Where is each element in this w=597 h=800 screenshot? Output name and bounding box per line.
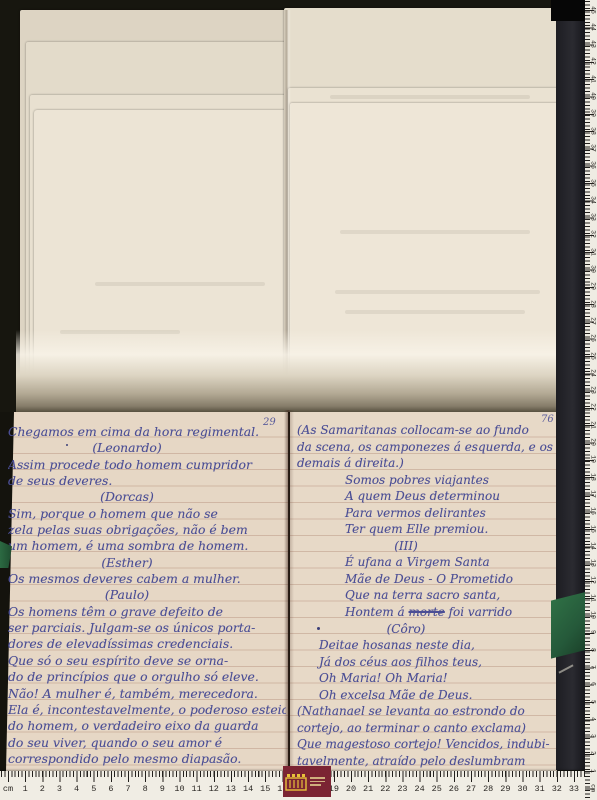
handwritten-line: (Dorcas) (8, 489, 286, 505)
ruler-tick-label: 31 (535, 784, 545, 794)
bookmark-ribbon (551, 591, 588, 658)
ruler-tick-label: 30 (590, 265, 597, 273)
handwritten-line: Mãe de Deus - O Prometido (297, 571, 555, 588)
ruler-tick-label: 18 (590, 473, 597, 481)
ruler-tick-label: 10 (590, 611, 597, 619)
handwritten-line: É ufana a Virgem Santa (297, 554, 555, 571)
handwritten-line: do de princípios que o orgulho só eleve. (8, 669, 286, 685)
bleed-through-smudge (345, 310, 525, 314)
ruler-tick-label: 20 (346, 784, 356, 794)
ruler-tick-label: 36 (590, 161, 597, 169)
ruler-tick-label: 25 (590, 352, 597, 360)
ruler-tick-label: 1 (590, 769, 597, 773)
ruler-tick-label: cm (3, 784, 13, 794)
building-icon (285, 772, 307, 791)
ruler-tick-label: 10 (174, 784, 184, 794)
ruler-tick-label: 22 (380, 784, 390, 794)
ruler-tick-label: 26 (590, 334, 597, 342)
handwritten-line: Sim, porque o homem que não se (8, 506, 286, 522)
stamp-text-lines (310, 777, 325, 786)
ruler-tick-label: 28 (483, 784, 493, 794)
ruler-tick-label: 21 (590, 421, 597, 429)
ruler-tick-label: 7 (590, 665, 597, 669)
handwritten-line: Deitae hosanas neste dia, (297, 637, 555, 654)
handwritten-line: (As Samaritanas collocam-se ao fundo (297, 422, 555, 439)
ruler-tick-label: 14 (243, 784, 253, 794)
ruler-tick-label: 39 (590, 109, 597, 117)
ruler-tick-label: 33 (590, 213, 597, 221)
handwritten-line: demais á direita.) (297, 455, 555, 472)
ruler-tick-label: 26 (449, 784, 459, 794)
ruler-tick-label: 12 (590, 576, 597, 584)
handwritten-line: dores de elevadíssimas credenciais. (8, 636, 286, 652)
ink-speck (317, 627, 320, 630)
handwritten-line: do homem, o verdadeiro eixo da guarda (8, 718, 286, 734)
handwriting-right: (As Samaritanas collocam-se ao fundoda s… (297, 422, 555, 770)
handwritten-line: correspondido pelo mesmo diapasão. (8, 751, 286, 767)
ruler-tick-label: 12 (209, 784, 219, 794)
handwritten-line: de seus deveres. (8, 473, 286, 489)
ruler-tick-label: 3 (590, 734, 597, 738)
ruler-tick-label: 34 (590, 196, 597, 204)
ruler-tick-label: 14 (590, 542, 597, 550)
handwritten-line: A quem Deus determinou (297, 488, 555, 505)
ruler-tick-label: 13 (226, 784, 236, 794)
handwritten-line: (Esther) (8, 555, 286, 571)
ruler-tick-label: 21 (363, 784, 373, 794)
handwritten-line: Que só o seu espírito deve se orna- (8, 653, 286, 669)
ruler-tick-label: 32 (590, 230, 597, 238)
handwritten-line: Ter quem Elle premiou. (297, 521, 555, 538)
ruler-tick-label: 2 (590, 751, 597, 755)
right-ruler: cm12345678910111213141516171819202122232… (585, 0, 597, 800)
handwritten-line: Que na terra sacro santa, (297, 587, 555, 604)
handwritten-line: Os mesmos deveres cabem a mulher. (8, 571, 286, 587)
ruler-tick-label: 4 (74, 784, 79, 794)
notebook-scan: 29 76 Chegamos em cima da hora regimenta… (0, 0, 597, 800)
ruler-tick-label: 38 (590, 127, 597, 135)
handwritten-line: Que magestoso cortejo! Vencidos, indubi- (297, 736, 555, 753)
ruler-tick-label: 3 (57, 784, 62, 794)
ruler-tick-label: 37 (590, 144, 597, 152)
handwritten-line: tavelmente, atraído pelo deslumbram (297, 753, 555, 770)
ruler-tick-label: 27 (590, 317, 597, 325)
handwritten-line: um homem, é uma sombra de homem. (8, 538, 286, 554)
ruler-tick-label: 15 (260, 784, 270, 794)
page-curl-shadow (16, 330, 576, 412)
ruler-tick-label: 5 (91, 784, 96, 794)
ruler-tick-label: 22 (590, 403, 597, 411)
ruler-tick-label: 11 (192, 784, 202, 794)
ruler-tick-label: 29 (500, 784, 510, 794)
archive-stamp (283, 766, 331, 797)
bleed-through-smudge (335, 290, 540, 294)
ruler-tick-label: 45 (590, 6, 597, 14)
handwritten-line: zela pelas suas obrigações, não é bem (8, 522, 286, 538)
ruler-tick-label: 42 (590, 57, 597, 65)
ink-speck (66, 444, 68, 446)
ruler-tick-label: 6 (590, 682, 597, 686)
ruler-tick-label: 16 (590, 507, 597, 515)
ruler-tick-label: 4 (590, 717, 597, 721)
ruler-tick-label: 19 (590, 455, 597, 463)
book-cover-edge (556, 18, 586, 770)
ruler-tick-label: 40 (590, 92, 597, 100)
ruler-tick-label: 8 (590, 648, 597, 652)
handwritten-line: (Paulo) (8, 587, 286, 603)
handwritten-line: cortejo, ao terminar o canto exclama) (297, 720, 555, 737)
ruler-tick-label: 28 (590, 300, 597, 308)
ruler-tick-label: 25 (432, 784, 442, 794)
ruler-tick-label: 31 (590, 248, 597, 256)
ruler-tick-label: 8 (143, 784, 148, 794)
handwritten-line: ser parciais. Julgam-se os únicos porta- (8, 620, 286, 636)
handwriting-left: Chegamos em cima da hora regimental.(Leo… (8, 424, 286, 770)
ruler-tick-label: 15 (590, 525, 597, 533)
ruler-tick-label: 23 (590, 386, 597, 394)
ruler-tick-label: 24 (590, 369, 597, 377)
ruler-tick-label: 2 (40, 784, 45, 794)
bleed-through-smudge (95, 282, 265, 286)
handwritten-line: Hontem á morte foi varrido (297, 604, 555, 621)
handwritten-line: (Leonardo) (8, 440, 286, 456)
handwritten-line: da scena, os camponezes á esquerda, e os (297, 439, 555, 456)
ruler-tick-label: cm (590, 784, 597, 792)
ruler-tick-label: 9 (160, 784, 165, 794)
ruler-tick-label: 9 (590, 630, 597, 634)
handwritten-line: Oh excelsa Mãe de Deus. (297, 687, 555, 704)
handwritten-line: Os homens têm o grave defeito de (8, 604, 286, 620)
handwritten-line: Assim procede todo homem cumpridor (8, 457, 286, 473)
handwritten-line: Ela é, incontestavelmente, o poderoso es… (8, 702, 286, 718)
ruler-tick-label: 29 (590, 282, 597, 290)
ruler-tick-label: 41 (590, 75, 597, 83)
handwritten-line: (III) (297, 538, 555, 555)
handwritten-line: Somos pobres viajantes (297, 472, 555, 489)
ruler-tick-label: 17 (590, 490, 597, 498)
ruler-tick-label: 7 (125, 784, 130, 794)
bleed-through-smudge (340, 230, 530, 234)
ruler-tick-label: 35 (590, 179, 597, 187)
ruler-tick-label: 24 (414, 784, 424, 794)
bleed-through-smudge (330, 95, 530, 99)
ruler-tick-label: 1 (23, 784, 28, 794)
ruler-tick-label: 44 (590, 23, 597, 31)
handwritten-line: Já dos céus aos filhos teus, (297, 654, 555, 671)
ruler-tick-label: 11 (590, 594, 597, 602)
ruler-tick-label: 33 (569, 784, 579, 794)
ruler-tick-label: 30 (517, 784, 527, 794)
handwritten-line: (Nathanael se levanta ao estrondo do (297, 703, 555, 720)
ruler-tick-label: 23 (397, 784, 407, 794)
ruler-tick-label: 6 (108, 784, 113, 794)
ruler-tick-label: 27 (466, 784, 476, 794)
handwritten-line: do seu viver, quando o seu amor é (8, 735, 286, 751)
ruler-tick-label: 32 (552, 784, 562, 794)
handwritten-line: Chegamos em cima da hora regimental. (8, 424, 286, 440)
handwritten-line: (Côro) (297, 621, 555, 638)
handwritten-line: Não! A mulher é, também, merecedora. (8, 686, 286, 702)
handwritten-line: Para vermos delirantes (297, 505, 555, 522)
handwritten-line: Oh Maria! Oh Maria! (297, 670, 555, 687)
ruler-tick-label: 20 (590, 438, 597, 446)
ruler-tick-label: 43 (590, 40, 597, 48)
ruler-tick-label: 5 (590, 700, 597, 704)
ruler-tick-label: 13 (590, 559, 597, 567)
